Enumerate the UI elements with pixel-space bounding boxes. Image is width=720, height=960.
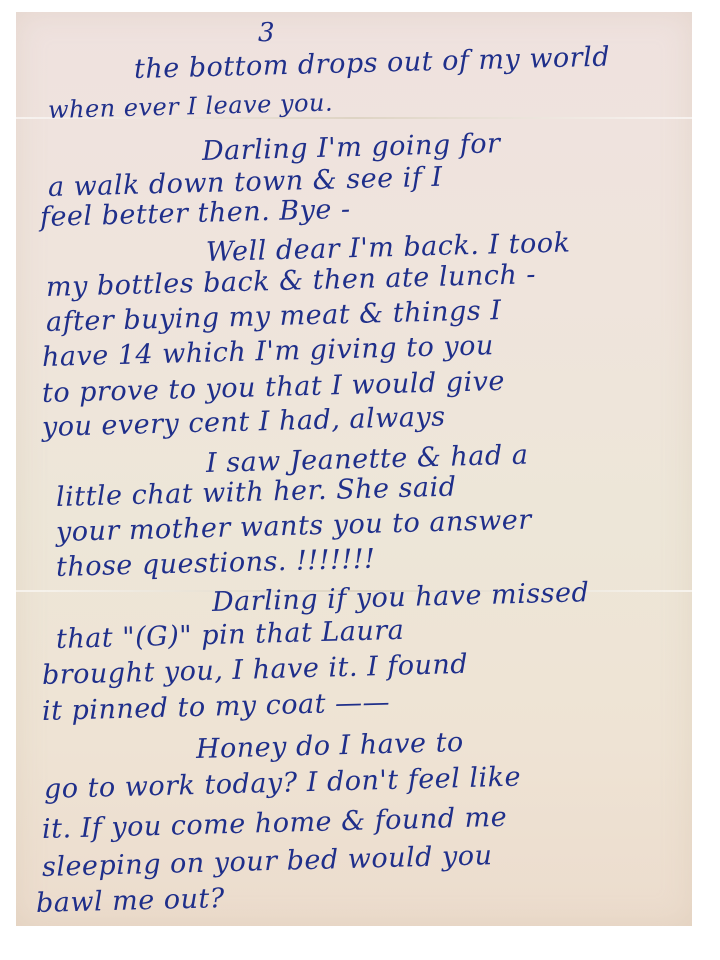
letter-line: the bottom drops out of my world xyxy=(134,42,611,85)
letter-line: have 14 which I'm giving to you xyxy=(42,330,495,373)
letter-line: brought you, I have it. I found xyxy=(42,649,469,691)
letter-line: that "(G)" pin that Laura xyxy=(56,615,405,655)
letter-line: Honey do I have to xyxy=(196,727,465,765)
letter-line: Darling I'm going for xyxy=(202,128,501,167)
letter-line: it pinned to my coat —— xyxy=(42,687,391,727)
letter-line: little chat with her. She said xyxy=(56,472,457,513)
letter-line: it. If you come home & found me xyxy=(42,802,508,845)
letter-line: those questions. !!!!!!! xyxy=(56,544,376,583)
letter-line: bawl me out? xyxy=(36,883,226,919)
letter-line: sleeping on your bed would you xyxy=(42,840,493,883)
letter-line: Darling if you have missed xyxy=(212,577,590,618)
page-number: 3 xyxy=(258,18,275,48)
letter-page: 3 the bottom drops out of my world when … xyxy=(16,12,692,926)
letter-line: you every cent I had, always xyxy=(42,401,446,443)
letter-line: go to work today? I don't feel like xyxy=(44,762,522,805)
